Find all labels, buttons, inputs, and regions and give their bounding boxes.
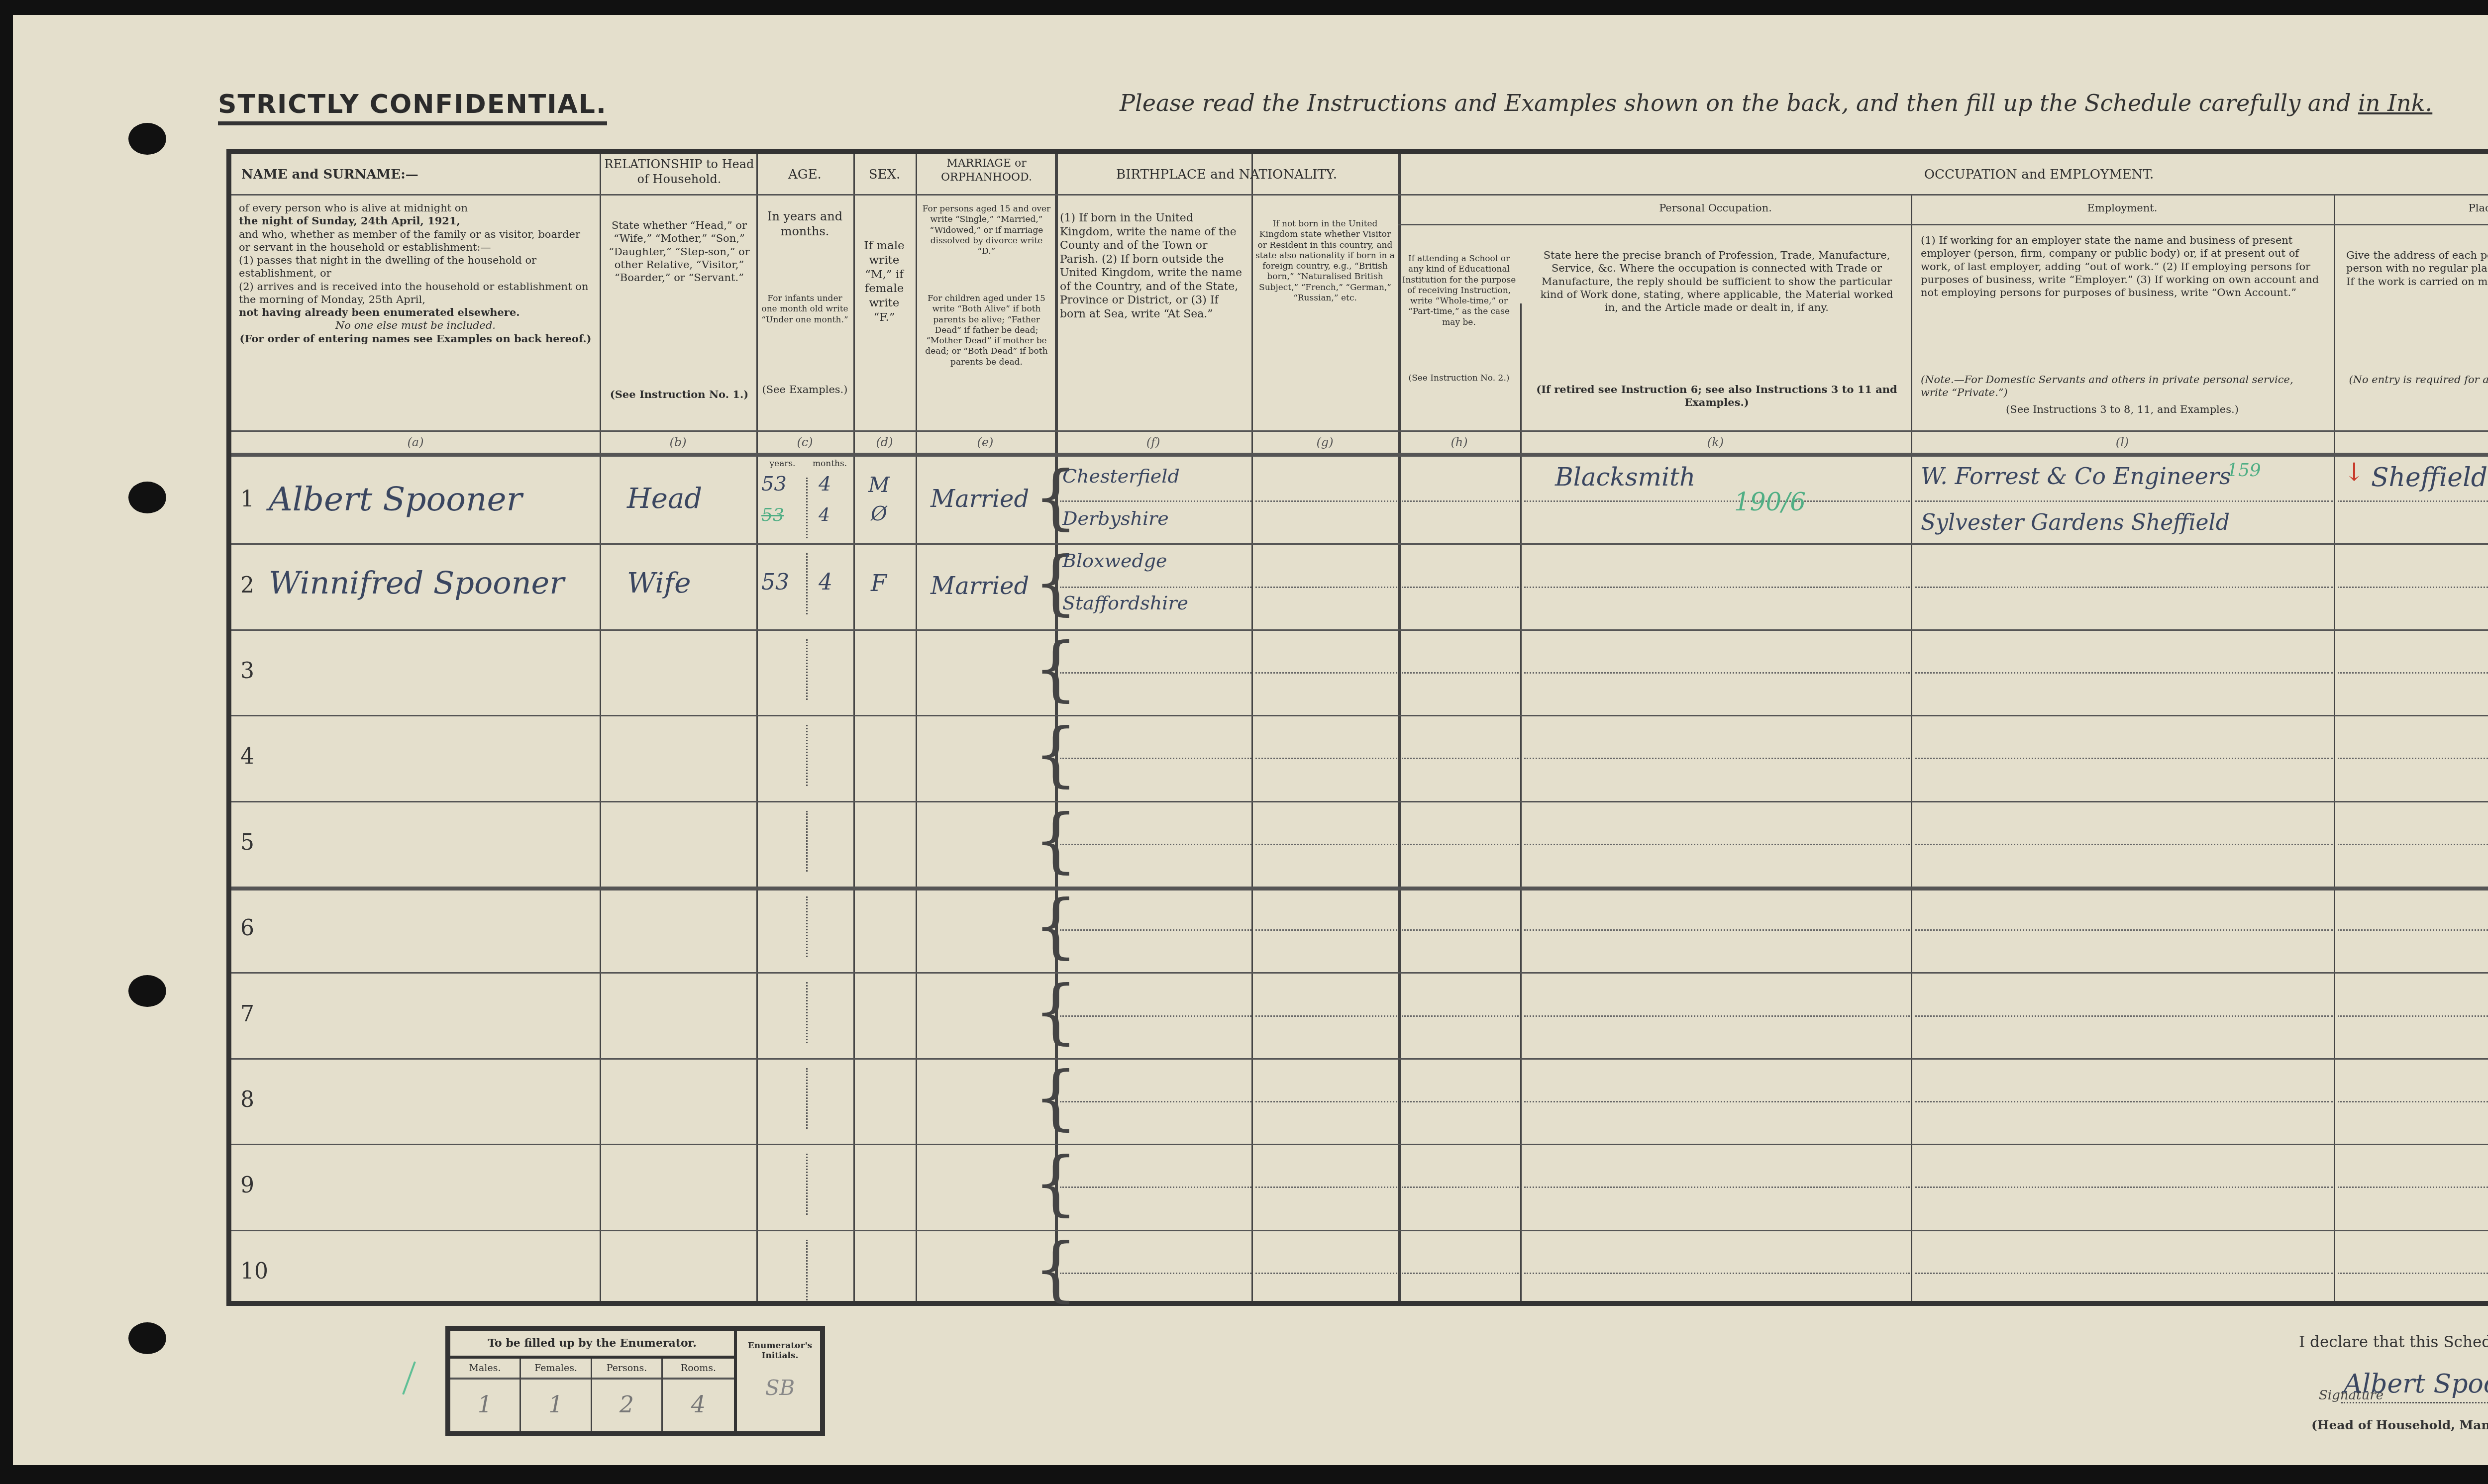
column-letter-k: (k) — [1520, 435, 1911, 449]
marriage-column-p1: For persons aged 15 and over write “Sing… — [921, 204, 1052, 257]
summary-persons: Persons. 2 — [592, 1359, 663, 1431]
row2-age-years-field[interactable]: 53 — [761, 570, 789, 595]
summary-rooms-field[interactable]: 4 — [663, 1380, 734, 1429]
age-years-months-separator — [806, 811, 808, 872]
row-divider — [231, 1058, 2488, 1060]
entry-guide-line — [1255, 1273, 1397, 1274]
col-divider-d — [853, 154, 855, 1301]
employment-instructions: (1) If working for an employer state the… — [1921, 234, 2324, 299]
signature-line — [2341, 1402, 2488, 1403]
row2-relationship-field[interactable]: Wife — [627, 567, 691, 599]
punch-hole-lower — [128, 975, 166, 1007]
entry-guide-line — [1060, 1101, 1251, 1102]
birthplace-brace-icon: { — [1034, 634, 1078, 704]
entry-guide-line — [1060, 500, 1251, 502]
header-rule-1 — [231, 194, 1055, 196]
entry-guide-line — [1915, 758, 2333, 759]
entry-guide-line — [1524, 1015, 1910, 1017]
row1-sex-field[interactable]: M — [868, 473, 890, 497]
header-rule-letters — [231, 430, 2488, 432]
header-rule-occ-sub — [1398, 224, 2488, 225]
entry-guide-line — [1402, 1273, 1519, 1274]
age-years-months-separator — [806, 982, 808, 1043]
row1-birthplace-line1[interactable]: Chesterfield — [1062, 465, 1180, 487]
age-months-label: months. — [806, 459, 853, 469]
birthplace-column-title: BIRTHPLACE and NATIONALITY. — [1055, 167, 1398, 183]
entry-guide-line — [1915, 844, 2333, 845]
entry-guide-line — [1915, 500, 2333, 502]
row-number: 1 — [240, 487, 254, 512]
entry-guide-line — [1255, 500, 1397, 502]
age-column-instructions: In years and months. — [764, 209, 846, 239]
row-number: 3 — [240, 658, 254, 684]
household-schedule-table: NAME and SURNAME:— of every person who i… — [226, 149, 2488, 1306]
row-number: 6 — [240, 915, 254, 941]
col-divider-e — [916, 154, 917, 1301]
entry-guide-line — [1402, 672, 1519, 674]
summary-persons-field[interactable]: 2 — [592, 1380, 661, 1429]
column-letter-f: (f) — [1055, 435, 1251, 449]
entry-guide-line — [1255, 1015, 1397, 1017]
relationship-column-instructions: State whether “Head,” or “Wife,” “Mother… — [607, 219, 751, 284]
col-divider-b — [600, 154, 601, 1301]
entry-guide-line — [1915, 1273, 2333, 1274]
row-number: 10 — [240, 1259, 268, 1284]
row1-employer-line1[interactable]: W. Forrest & Co Engineers — [1921, 463, 2231, 490]
birthplace-brace-icon: { — [1034, 720, 1078, 790]
entry-guide-line — [1524, 1101, 1910, 1102]
row1-relationship-field[interactable]: Head — [627, 483, 702, 515]
entry-guide-line — [1524, 844, 1910, 845]
birthplace-g-instructions: If not born in the United Kingdom state … — [1255, 219, 1395, 303]
personal-occupation-note: (If retired see Instruction 6; see also … — [1535, 383, 1898, 409]
summary-males-label: Males. — [450, 1359, 519, 1380]
entry-guide-line — [1524, 1273, 1910, 1274]
signature-field[interactable]: Albert Spooner . 97 Wesley Green . Sheff… — [2344, 1369, 2488, 1399]
age-years-label: years. — [759, 459, 806, 469]
column-letter-l: (l) — [1911, 435, 2334, 449]
header-bottom-rule — [231, 453, 2488, 457]
age-years-months-separator — [806, 725, 808, 786]
row1-place-of-work-field[interactable]: Sheffield — [2371, 463, 2488, 493]
row1-age-months-field[interactable]: 4 — [819, 473, 831, 495]
row-divider — [231, 972, 2488, 974]
entry-guide-line — [1402, 844, 1519, 845]
entry-guide-line — [1060, 758, 1251, 759]
enumerator-initials-label: Enumerator's Initials. — [737, 1331, 823, 1361]
col-divider-l — [1911, 194, 1912, 1301]
top-instruction: Please read the Instructions and Example… — [1120, 90, 2432, 116]
entry-guide-line — [2338, 1101, 2488, 1102]
row-number: 9 — [240, 1173, 254, 1198]
entry-guide-line — [1255, 1187, 1397, 1188]
entry-guide-line — [1255, 929, 1397, 931]
entry-guide-line — [1402, 1015, 1519, 1017]
summary-rooms: Rooms. 4 — [663, 1359, 734, 1431]
row-divider — [231, 801, 2488, 802]
personal-occupation-title: Personal Occupation. — [1520, 201, 1911, 214]
place-of-work-note: (No entry is required for any person who… — [2346, 373, 2488, 399]
entry-guide-line — [1524, 587, 1910, 588]
entry-guide-line — [1915, 1187, 2333, 1188]
entry-guide-line — [1060, 1273, 1251, 1274]
row2-birthplace-line1[interactable]: Bloxwedge — [1062, 550, 1167, 572]
entry-guide-line — [1060, 1015, 1251, 1017]
row1-occupation-field[interactable]: Blacksmith — [1555, 463, 1695, 492]
name-instr-p3b: not having already been enumerated elsew… — [239, 306, 592, 319]
column-letter-g: (g) — [1251, 435, 1398, 449]
row1-birthplace-line2[interactable]: Derbyshire — [1062, 507, 1169, 529]
age-years-months-separator — [806, 1068, 808, 1129]
punch-hole-upper — [128, 482, 166, 513]
row1-age-months-correction: 4 — [819, 505, 830, 525]
punch-hole-top — [128, 123, 166, 155]
occupation-column-title: OCCUPATION and EMPLOYMENT. — [1398, 167, 2488, 183]
entry-guide-line — [1060, 672, 1251, 674]
strictly-confidential-title: STRICTLY CONFIDENTIAL. — [218, 90, 607, 125]
entry-guide-line — [2338, 844, 2488, 845]
col-divider-c — [756, 154, 758, 1301]
row-divider — [231, 629, 2488, 631]
row-divider — [231, 1230, 2488, 1231]
column-letter-c: (c) — [756, 435, 853, 449]
enumerator-initials-field[interactable]: SB — [737, 1376, 823, 1400]
age-column-infants: For infants under one month old write “U… — [761, 294, 848, 325]
summary-heading: To be filled up by the Enumerator. — [450, 1331, 734, 1359]
school-column-note: (See Instruction No. 2.) — [1402, 373, 1516, 384]
row2-name-field[interactable]: Winnifred Spooner — [269, 565, 564, 601]
entry-guide-line — [1402, 929, 1519, 931]
row-number: 4 — [240, 744, 254, 769]
relationship-column-title: RELATIONSHIP to Head of Household. — [602, 157, 756, 187]
summary-females-field[interactable]: 1 — [521, 1380, 591, 1429]
row2-marriage-field[interactable]: Married — [931, 572, 1029, 600]
enumerator-initials: Enumerator's Initials. SB — [734, 1331, 823, 1431]
column-letter-h: (h) — [1398, 435, 1520, 449]
row-divider — [231, 887, 2488, 890]
col-divider-m — [2334, 194, 2335, 1301]
punch-hole-bottom — [128, 1322, 166, 1354]
name-instr-p1b: the night of Sunday, 24th April, 1921, — [239, 214, 592, 227]
entry-guide-line — [1402, 1101, 1519, 1102]
column-letter-a: (a) — [231, 435, 600, 449]
name-instr-p1: of every person who is alive at midnight… — [239, 201, 592, 214]
name-instr-p2: (1) passes that night in the dwelling of… — [239, 254, 592, 280]
row2-age-months-field[interactable]: 4 — [819, 570, 832, 595]
personal-occupation-instructions: State here the precise branch of Profess… — [1535, 249, 1898, 314]
entry-guide-line — [1524, 672, 1910, 674]
signature-note: (Head of Household, Manager of Establish… — [2311, 1418, 2488, 1432]
entry-guide-line — [2338, 500, 2488, 502]
entry-guide-line — [2338, 672, 2488, 674]
summary-males: Males. 1 — [450, 1359, 521, 1431]
entry-guide-line — [1402, 500, 1519, 502]
entry-guide-line — [2338, 1273, 2488, 1274]
marriage-column-p2: For children aged under 15 write “Both A… — [921, 294, 1052, 368]
birthplace-brace-icon: { — [1034, 891, 1078, 961]
birthplace-brace-icon: { — [1034, 1149, 1078, 1218]
birthplace-brace-icon: { — [1034, 1235, 1078, 1304]
header-rule-birthplace — [1055, 194, 1398, 196]
employment-note: (Note.—For Domestic Servants and others … — [1921, 373, 2324, 399]
sex-column-title: SEX. — [853, 167, 916, 183]
marriage-column-title: MARRIAGE or ORPHANHOOD. — [918, 157, 1055, 184]
entry-guide-line — [1402, 1187, 1519, 1188]
row-divider — [231, 1144, 2488, 1145]
name-instr-p1c: and who, whether as member of the family… — [239, 228, 592, 254]
row1-place-check-mark: ↓ — [2344, 458, 2365, 487]
row1-occupation-code: 190/6 — [1734, 488, 1806, 516]
entry-guide-line — [1915, 929, 2333, 931]
entry-guide-line — [1255, 587, 1397, 588]
entry-guide-line — [1402, 758, 1519, 759]
entry-guide-line — [1060, 844, 1251, 845]
place-of-work-instructions: Give the address of each person's place … — [2346, 249, 2488, 288]
row1-name-field[interactable]: Albert Spooner — [269, 480, 522, 518]
declaration-text: I declare that this Schedule is correctl… — [2299, 1333, 2488, 1351]
enumerator-summary-box: To be filled up by the Enumerator. Males… — [445, 1326, 825, 1436]
birthplace-brace-icon: { — [1034, 806, 1078, 876]
name-column-instructions: of every person who is alive at midnight… — [239, 201, 592, 345]
entry-guide-line — [1915, 587, 2333, 588]
row-number: 5 — [240, 830, 254, 855]
entry-guide-line — [1915, 672, 2333, 674]
row-number: 2 — [240, 573, 254, 598]
entry-guide-line — [1524, 500, 1910, 502]
row1-age-years-field[interactable]: 53 — [761, 473, 787, 495]
entry-guide-line — [1915, 1101, 2333, 1102]
employment-note-2: (See Instructions 3 to 8, 11, and Exampl… — [1921, 403, 2324, 416]
summary-rooms-label: Rooms. — [663, 1359, 734, 1380]
row1-age-years-correction: 53 — [761, 505, 784, 525]
col-divider-g — [1251, 154, 1253, 1301]
age-years-months-separator — [806, 639, 808, 700]
summary-females-label: Females. — [521, 1359, 591, 1380]
employment-title: Employment. — [1911, 201, 2334, 214]
entry-guide-line — [1524, 1187, 1910, 1188]
entry-guide-line — [1524, 758, 1910, 759]
column-letter-b: (b) — [600, 435, 756, 449]
column-letter-d: (d) — [853, 435, 916, 449]
entry-guide-line — [1060, 929, 1251, 931]
row2-sex-field[interactable]: F — [871, 570, 887, 596]
row2-birthplace-line2[interactable]: Staffordshire — [1062, 592, 1188, 614]
age-column-title: AGE. — [756, 167, 853, 183]
entry-guide-line — [1524, 929, 1910, 931]
name-instr-p3: (2) arrives and is received into the hou… — [239, 280, 592, 306]
name-column-title: NAME and SURNAME:— — [241, 167, 540, 183]
entry-guide-line — [2338, 758, 2488, 759]
entry-guide-line — [1255, 844, 1397, 845]
top-instruction-ink: in Ink. — [2358, 90, 2432, 116]
entry-guide-line — [1255, 1101, 1397, 1102]
summary-females: Females. 1 — [521, 1359, 592, 1431]
age-years-months-separator — [806, 478, 808, 538]
entry-guide-line — [2338, 1187, 2488, 1188]
entry-guide-line — [1402, 587, 1519, 588]
age-years-months-separator — [806, 553, 808, 614]
row-number: 7 — [240, 1001, 254, 1027]
entry-guide-line — [2338, 587, 2488, 588]
column-letter-m: (m) — [2334, 435, 2488, 449]
summary-persons-label: Persons. — [592, 1359, 661, 1380]
name-instr-p4: No one else must be included. — [239, 319, 592, 332]
entry-guide-line — [1060, 1187, 1251, 1188]
row-number: 8 — [240, 1087, 254, 1112]
entry-guide-line — [2338, 929, 2488, 931]
top-instruction-text: Please read the Instructions and Example… — [1120, 90, 2351, 116]
entry-guide-line — [1255, 758, 1397, 759]
age-years-months-separator — [806, 1240, 808, 1300]
age-years-months-separator — [806, 1154, 808, 1214]
sex-column-instructions: If male write “M,” if female write “F.” — [859, 239, 909, 325]
col-divider-h — [1398, 154, 1401, 1301]
row-divider — [231, 715, 2488, 716]
entry-guide-line — [2338, 1015, 2488, 1017]
header-rule-occupation — [1398, 194, 2488, 196]
birthplace-brace-icon: { — [1034, 977, 1078, 1047]
entry-guide-line — [1060, 587, 1251, 588]
place-of-work-title: Place of Work. — [2334, 201, 2488, 214]
birthplace-brace-icon: { — [1034, 1063, 1078, 1133]
summary-males-field[interactable]: 1 — [450, 1380, 519, 1429]
school-column-instructions: If attending a School or any kind of Edu… — [1402, 254, 1516, 328]
row1-sex-mark: Ø — [871, 502, 887, 525]
age-years-months-separator — [806, 896, 808, 957]
row1-marriage-field[interactable]: Married — [931, 485, 1029, 513]
row1-employer-line2[interactable]: Sylvester Gardens Sheffield — [1921, 510, 2230, 535]
row1-employer-code: 159 — [2227, 460, 2261, 481]
birthplace-f-instructions: (1) If born in the United Kingdom, write… — [1060, 211, 1246, 321]
age-column-note: (See Examples.) — [761, 383, 848, 396]
entry-guide-line — [1255, 672, 1397, 674]
row-divider — [231, 543, 2488, 545]
name-instr-p5: (For order of entering names see Example… — [239, 332, 592, 345]
entry-guide-line — [1915, 1015, 2333, 1017]
relationship-column-note: (See Instruction No. 1.) — [607, 388, 751, 401]
column-letter-e: (e) — [916, 435, 1055, 449]
